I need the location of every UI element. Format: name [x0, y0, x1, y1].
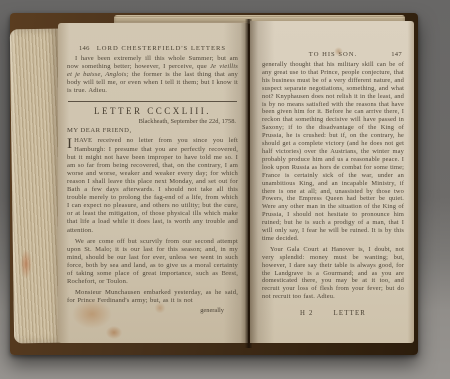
letter-heading: LETTER CCCXLIII.	[67, 106, 238, 116]
signature-row: H 2 LETTER	[262, 310, 404, 317]
letter-paragraph-1-text: HAVE received no letter from you since y…	[67, 137, 238, 233]
dateline: Blackheath, September the 22d, 1758.	[67, 118, 236, 125]
letter-paragraph-3: Monsieur Munchausen embarked yesterday, …	[67, 289, 238, 305]
running-head-left: 146LORD CHESTERFIELD'S LETTERS	[67, 45, 238, 52]
salutation: MY DEAR FRIEND,	[67, 127, 238, 134]
page-number-right: 147	[391, 51, 402, 58]
page-number-left: 146	[79, 45, 90, 52]
book: 146LORD CHESTERFIELD'S LETTERS I have be…	[10, 13, 418, 355]
catchword-left: generally	[67, 307, 238, 314]
running-title-left: LORD CHESTERFIELD'S LETTERS	[97, 45, 226, 52]
left-page: 146LORD CHESTERFIELD'S LETTERS I have be…	[58, 23, 248, 343]
page-block-fore-edge	[10, 29, 64, 344]
signature-mark: H 2	[300, 310, 314, 317]
letter-paragraph-2: We are come off but scurvily from our se…	[67, 238, 238, 287]
photograph-of-open-book: 146LORD CHESTERFIELD'S LETTERS I have be…	[0, 0, 450, 379]
right-page: TO HIS SON. 147 generally thought that h…	[250, 21, 414, 343]
letter-paragraph-1: IHAVE received no letter from you since …	[67, 137, 238, 234]
section-rule	[68, 101, 237, 102]
catchword-right: LETTER	[334, 310, 367, 317]
running-title-right: TO HIS SON.	[309, 51, 357, 58]
running-head-right: TO HIS SON. 147	[262, 51, 404, 58]
closing-paragraph-previous-letter: I have been extremely ill this whole Sum…	[67, 55, 238, 95]
continuation-paragraph: generally thought that his military skil…	[262, 61, 404, 243]
closing-paragraph: Your Gala Court at Hanover is, I doubt, …	[262, 246, 404, 301]
foxing-stain	[106, 326, 122, 339]
